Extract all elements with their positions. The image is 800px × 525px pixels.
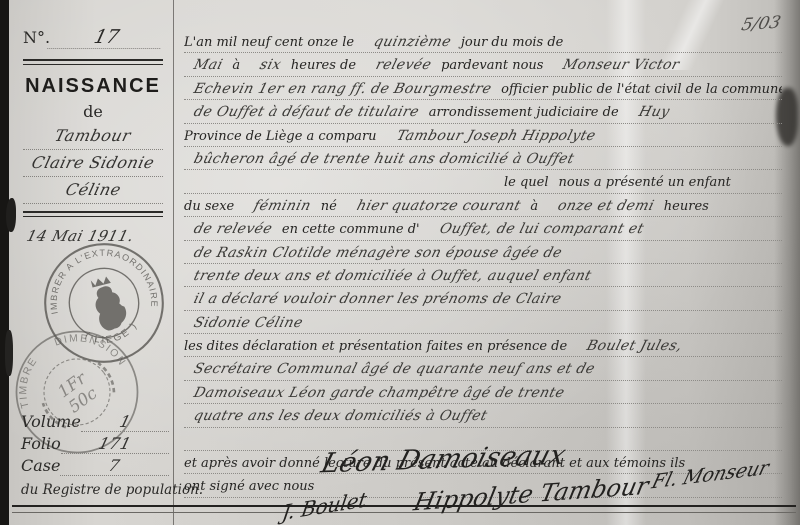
handwritten-entry: hier quatorze courant [354,195,523,217]
handwritten-entry: de Raskin Clotilde ménagère son épouse â… [191,242,565,264]
act-body: L'an mil neuf cent onze lequinzièmejour … [184,30,782,498]
register-reference-block: Volume 1 Folio 171 Case 7 du Registre de… [21,412,169,498]
printed-template-text: à [232,58,240,73]
act-line: de Raskin Clotilde ménagère son épouse â… [184,241,782,264]
case-value: 7 [60,456,169,476]
act-line: L'an mil neuf cent onze lequinzièmejour … [184,30,782,53]
case-row: Case 7 [21,456,169,478]
child-firstnames-line: Claire Sidonie [23,150,163,177]
margin-separator-line [173,0,174,525]
handwritten-entry: Echevin 1er en rang ff. de Bourgmestre [191,78,494,100]
binding-edge [0,0,9,525]
register-footer: du Registre de population. [21,482,169,498]
of-label: de [23,102,163,121]
case-label: Case [21,456,60,475]
act-line: il a déclaré vouloir donner les prénoms … [184,287,782,310]
act-line: Echevin 1er en rang ff. de Bourgmestreof… [184,77,782,100]
act-line: Damoiseaux Léon garde champêtre âgé de t… [184,381,782,404]
printed-template-text: en cette commune d' [282,222,420,237]
printed-template-text: pardevant nous [441,58,543,73]
act-number-label: N°. [23,28,50,47]
handwritten-entry: Mai [191,54,225,76]
printed-template-text: Province de Liège a comparu [184,129,377,144]
act-line: de Ouffet à défaut de titulairearrondiss… [184,100,782,123]
handwritten-entry: onze et demi [555,195,657,217]
act-line: bûcheron âgé de trente huit ans domicili… [184,147,782,170]
handwritten-entry: de relevée [191,218,275,240]
act-line: quatre ans les deux domiciliés à Ouffet [184,404,782,427]
printed-template-text: heures [664,199,709,214]
child-firstnames-line2: Céline [23,177,163,204]
record-type-title: NAISSANCE [23,75,163,98]
svg-text:TIMBRE: TIMBRE [0,353,59,412]
handwritten-entry: Huy [636,101,672,123]
handwritten-entry: Monseur Victor [560,54,682,76]
printed-template-text: L'an mil neuf cent onze le [184,35,354,50]
handwritten-entry: il a déclaré vouloir donner les prénoms … [191,288,564,310]
volume-value: 1 [81,412,169,432]
volume-row: Volume 1 [21,412,169,434]
printed-template-text: du sexe [184,199,234,214]
act-line: Province de Liège a comparuTambour Josep… [184,124,782,147]
handwritten-entry: Secrétaire Communal âgé de quarante neuf… [191,358,598,380]
handwritten-entry: Tambour Joseph Hippolyte [394,125,598,147]
handwritten-entry: Boulet Jules, [584,335,685,357]
double-rule [23,211,163,217]
handwritten-entry: de Ouffet à défaut de titulaire [191,101,422,123]
printed-template-text: officier public de l'état civil de la co… [501,82,782,97]
handwritten-entry: trente deux ans et domiciliée à Ouffet, … [191,265,594,287]
birth-record-scan: 5/03 N°. 17 NAISSANCE de Tambour Claire … [0,0,800,525]
printed-template-text: le quel [504,175,549,190]
handwritten-entry: six [257,54,284,76]
handwritten-entry: Sidonie Céline [191,312,306,334]
act-line: Sidonie Céline [184,311,782,334]
margin-column: N°. 17 NAISSANCE de Tambour Claire Sidon… [9,0,173,525]
stamp-ring-text-timbre: TIMBRE [0,353,59,412]
printed-template-text: heures de [291,58,356,73]
folio-row: Folio 171 [21,434,169,456]
printed-template-text: à [530,199,538,214]
folio-value: 171 [61,434,169,454]
printed-template-text: ont signé avec nous [184,479,314,494]
folio-label: Folio [21,434,61,453]
double-rule [23,59,163,65]
handwritten-entry: Ouffet, de lui comparant et [437,218,647,240]
handwritten-entry: bûcheron âgé de trente huit ans domicili… [191,148,577,170]
printed-template-text: né [321,199,337,214]
handwritten-entry: quatre ans les deux domiciliés à Ouffet [191,405,490,427]
act-line: de relevéeen cette commune d'Ouffet, de … [184,217,782,240]
act-line: les dites déclaration et présentation fa… [184,334,782,357]
printed-template-text: les dites déclaration et présentation fa… [184,339,567,354]
printed-template-text: jour du mois de [461,35,564,50]
act-line: du sexefémininnéhier quatorze courantàon… [184,194,782,217]
handwritten-entry: quinzième [371,31,454,53]
handwritten-entry: féminin [251,195,314,217]
act-line: trente deux ans et domiciliée à Ouffet, … [184,264,782,287]
child-surname-line: Tambour [23,123,163,150]
handwritten-entry: Damoiseaux Léon garde champêtre âgé de t… [191,382,567,404]
act-number-row: N°. 17 [23,26,163,52]
printed-template-text: nous a présenté un enfant [559,175,731,190]
act-number-value: 17 [47,26,166,49]
volume-label: Volume [21,412,81,431]
act-line: Secrétaire Communal âgé de quarante neuf… [184,357,782,380]
act-line: Maiàsixheures derelevéepardevant nousMon… [184,53,782,76]
act-line: le quelnous a présenté un enfant [184,170,782,193]
handwritten-entry: relevée [373,54,434,76]
printed-template-text: arrondissement judiciaire de [429,105,619,120]
